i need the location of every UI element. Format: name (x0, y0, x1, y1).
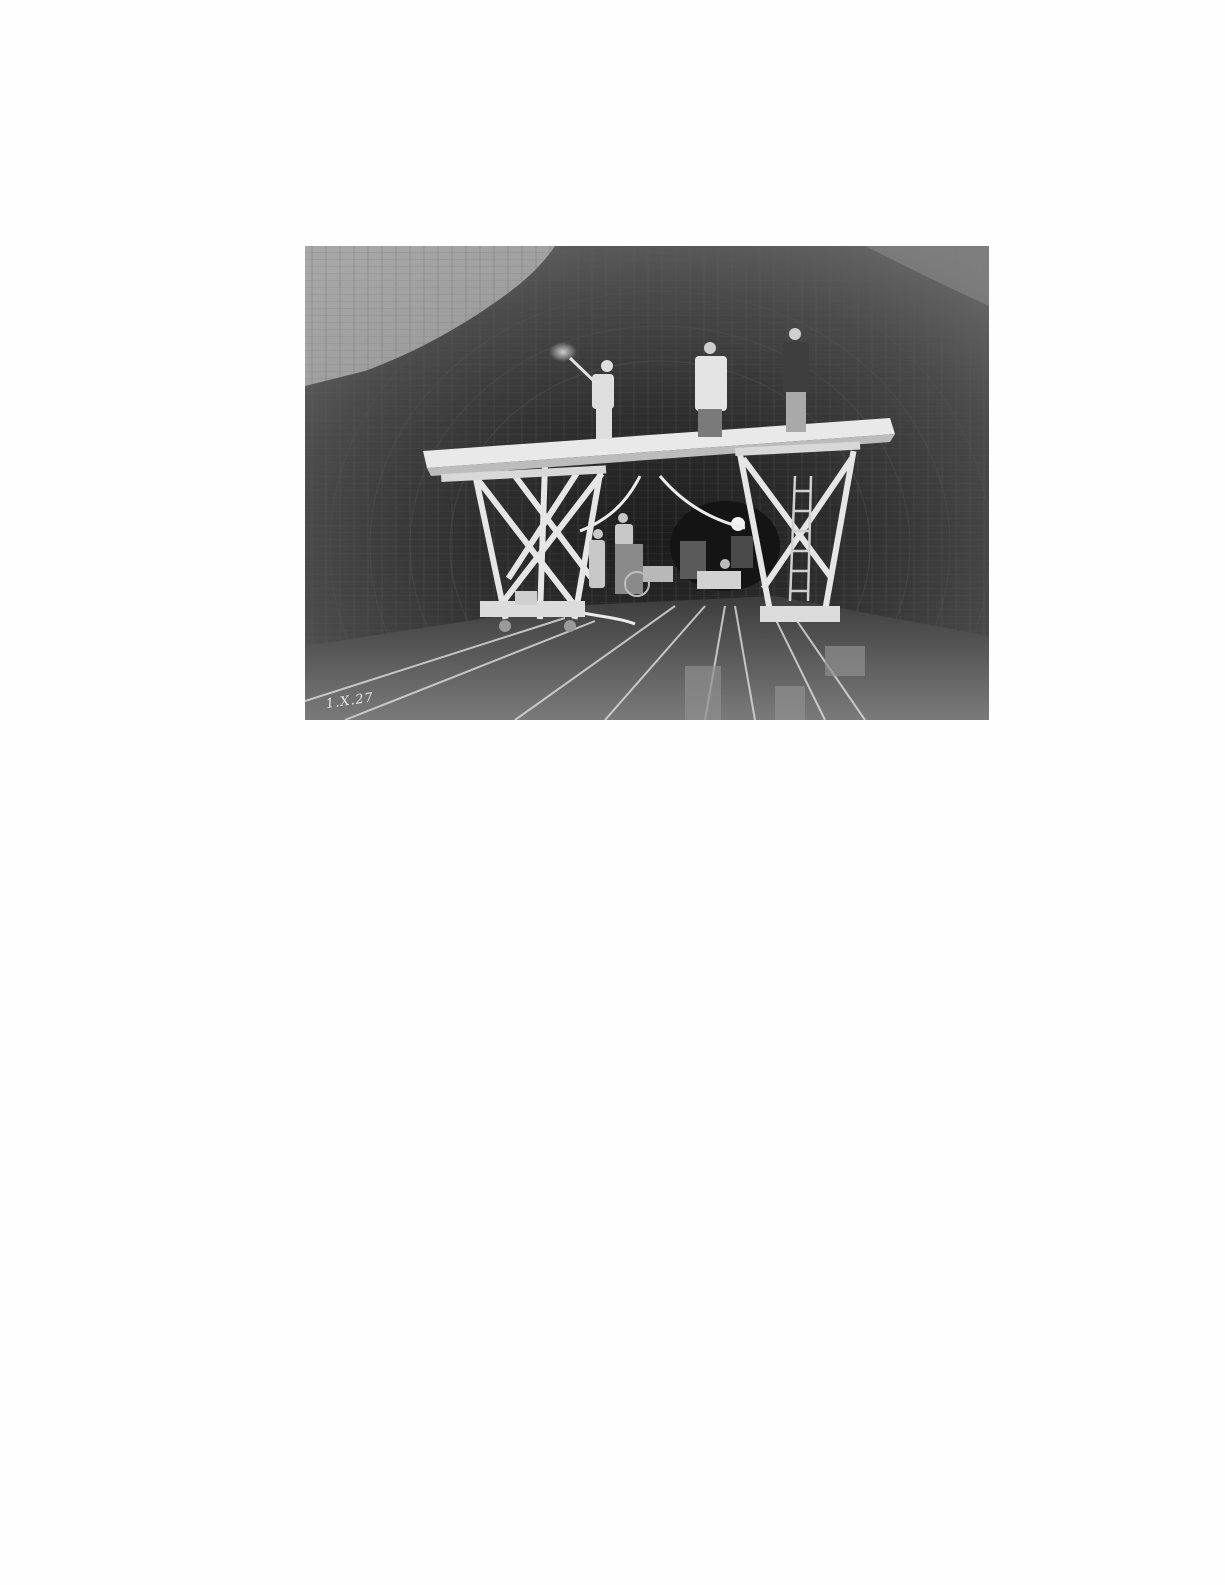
tunnel-construction-photo: 1.X.27 (305, 246, 989, 720)
document-page: 1.X.27 (0, 0, 1225, 1585)
photo-illustration (305, 246, 989, 720)
worker-standing-right (783, 328, 809, 432)
